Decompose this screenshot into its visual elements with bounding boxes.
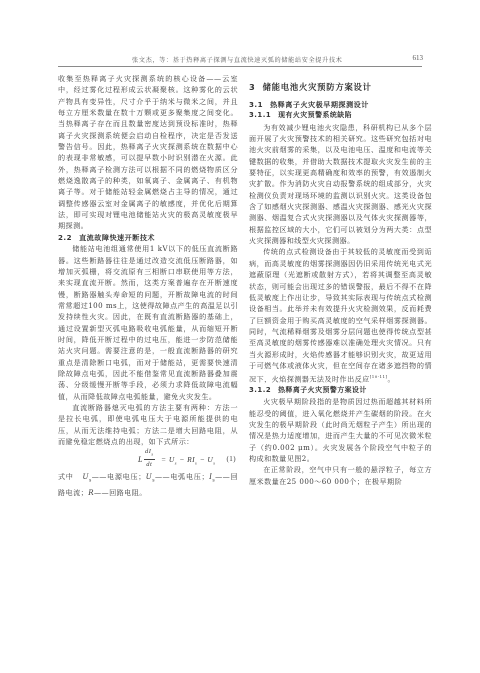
paragraph-early-stage: 火灾极早期阶段指的是物质因过热而超越其材料所能忍受的阈值，进入氧化燃烧并产生碳烟… [249, 396, 432, 464]
paragraph-dc-breakers: 储能站电池组通常使用1 kV以下的低压直流断路器。这些断路器往往是通过改造交流低… [58, 243, 238, 402]
rhs-part: − RI [177, 455, 195, 464]
section-heading-3-1: 3.1热释离子火灾极早期探测设计 [249, 99, 432, 110]
equation-lhs-coef: L [138, 454, 143, 465]
equation-1: L dIs dt = Us − RIs − Us (1) [58, 447, 238, 471]
equation-number: (1) [226, 454, 236, 465]
where-desc: ——电弧电压； [155, 472, 209, 481]
section-number: 3 [249, 81, 256, 93]
rhs-part: = U [161, 455, 175, 464]
section-title: 热释离子火灾预警方案设计 [278, 386, 367, 394]
paragraph-intro: 收集至热释离子火灾探测系统的核心设备——云室中，经过雾化过程形成云状凝聚核。这种… [58, 73, 238, 232]
paragraph-point-detectors: 传统的点式检测设备由于其较低的灵敏度而受到诟病，而高灵敏度的烟雾探测器因仍旧采用… [249, 246, 432, 384]
section-heading-2-2: 2.2直流故障快速开断技术 [58, 232, 238, 243]
section-heading-3-1-2: 3.1.2热释离子火灾预警方案设计 [249, 385, 432, 396]
equation-denominator: dt [144, 460, 155, 469]
where-lead: 式中 [58, 472, 74, 481]
left-column: 收集至热释离子火灾探测系统的核心设备——云室中，经过雾化过程形成云状凝聚核。这种… [58, 73, 238, 498]
paragraph-end: 。 [388, 375, 396, 384]
citation: [10-11] [370, 374, 388, 379]
section-heading-3-1-1: 3.1.1现有火灾预警系统缺陷 [249, 110, 432, 121]
where-desc: ——电源电压； [92, 472, 146, 481]
section-number: 3.1 [249, 99, 263, 110]
section-heading-3: 3储能电池火灾预防方案设计 [249, 81, 432, 93]
header-rule [58, 66, 422, 67]
running-head-title: 张文杰，等：基于热释离子探测与直流快速灭弧的储能站安全提升技术 [132, 55, 342, 64]
section-title: 直流故障快速开断技术 [79, 233, 155, 242]
paragraph-arc-methods: 直流断路器熄灭电弧的方法主要有两种：方法一是拉长电弧，即使电弧电压大于电源所能提… [58, 402, 238, 447]
section-number: 3.1.2 [249, 385, 271, 396]
page-number: 613 [413, 54, 424, 62]
equation-rhs: = Us − RIs − Us [161, 454, 215, 469]
paragraph-existing-systems: 为有效减少锂电池火灾隐患，科研机构已从多个层面开展了火灾预警技术的相关研究。这些… [249, 122, 432, 247]
rhs-sub: s [213, 461, 215, 466]
paragraph-text: 传统的点式检测设备由于其较低的灵敏度而受到诟病，而高灵敏度的烟雾探测器因仍旧采用… [249, 247, 432, 383]
equation-where-clause: 式中 Us——电源电压；Us——电弧电压；Is——回路电流；R——回路电阻。 [58, 471, 238, 498]
section-number: 2.2 [58, 232, 72, 243]
section-title: 储能电池火灾预防方案设计 [263, 82, 372, 92]
rhs-part: − U [197, 455, 213, 464]
where-desc: ——回路电阻。 [94, 488, 147, 497]
equation-fraction: dIs dt [144, 447, 155, 468]
right-column: 3储能电池火灾预防方案设计 3.1热释离子火灾极早期探测设计 3.1.1现有火灾… [249, 76, 432, 487]
section-number: 3.1.1 [249, 110, 271, 121]
equation-numerator: dIs [144, 447, 155, 459]
section-title: 现有火灾预警系统缺陷 [278, 111, 352, 119]
paragraph-normal-stage: 在正常阶段，空气中只有一般的悬浮粒子，每立方厘米数量在25 000～60 000… [249, 464, 432, 487]
section-title: 热释离子火灾极早期探测设计 [270, 100, 369, 109]
numerator-sub: s [151, 452, 153, 457]
running-head: 张文杰，等：基于热释离子探测与直流快速灭弧的储能站安全提升技术 613 [58, 51, 423, 65]
